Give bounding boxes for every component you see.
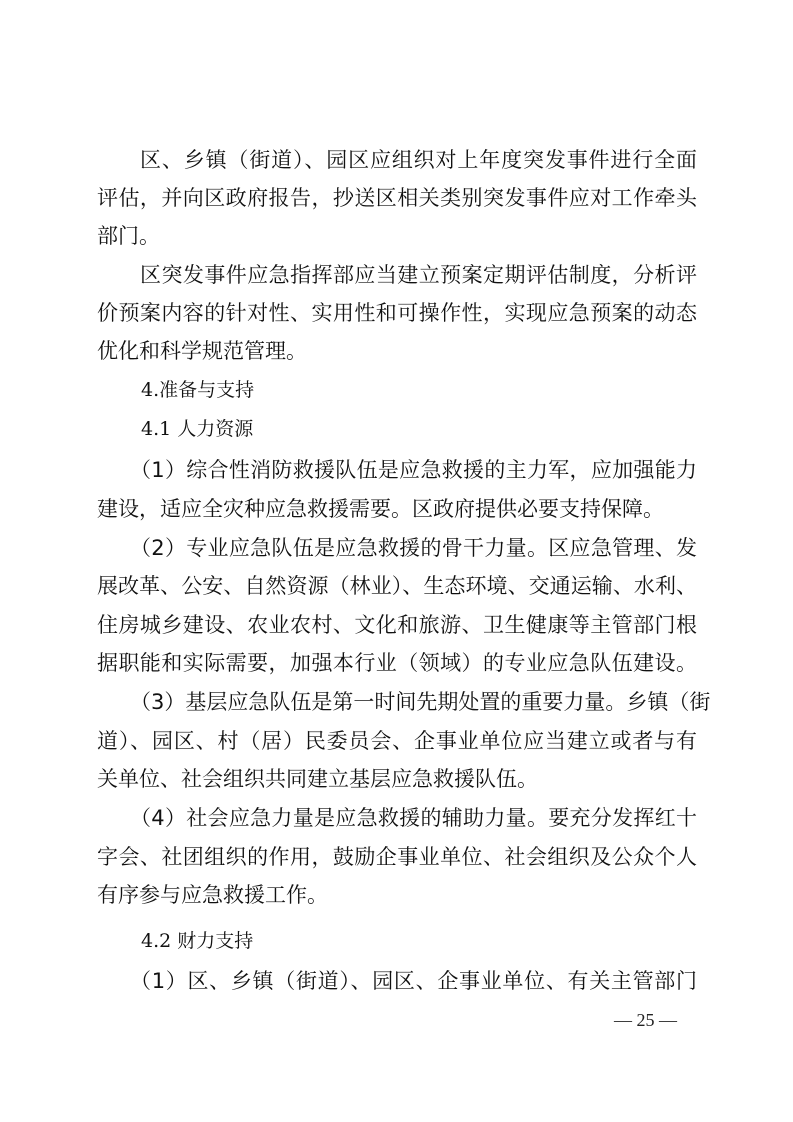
list-item-line: （3）基层应急队伍是第一时间先期处置的重要力量。乡镇（街: [130, 683, 697, 721]
list-item-line: 展改革、公安、自然资源（林业）、生态环境、交通运输、水利、: [97, 567, 697, 605]
list-item-line: 字会、社团组织的作用，鼓励企事业单位、社会组织及公众个人: [97, 838, 697, 876]
list-item-line: （4）社会应急力量是应急救援的辅助力量。要充分发挥红十: [130, 799, 697, 837]
list-item-line: 关单位、社会组织共同建立基层应急救援队伍。: [97, 760, 697, 798]
subsection-heading-4-1: 4.1 人力资源: [141, 410, 253, 448]
list-item-line: 有序参与应急救援工作。: [97, 876, 697, 914]
document-page: 区、乡镇（街道）、园区应组织对上年度突发事件进行全面 评估，并向区政府报告，抄送…: [0, 0, 793, 1122]
page-number: — 25 —: [614, 1010, 677, 1031]
list-item-line: （1）区、乡镇（街道）、园区、企事业单位、有关主管部门: [130, 962, 697, 1000]
list-item-line: 据职能和实际需要，加强本行业（领域）的专业应急队伍建设。: [97, 644, 697, 682]
paragraph-line: 区、乡镇（街道）、园区应组织对上年度突发事件进行全面: [140, 141, 697, 179]
paragraph-line: 优化和科学规范管理。: [97, 332, 697, 370]
list-item-line: 建设，适应全灾种应急救援需要。区政府提供必要支持保障。: [97, 490, 697, 528]
list-item-line: 住房城乡建设、农业农村、文化和旅游、卫生健康等主管部门根: [97, 606, 697, 644]
list-item-line: （2）专业应急队伍是应急救援的骨干力量。区应急管理、发: [130, 529, 697, 567]
section-heading: 4.准备与支持: [141, 371, 254, 409]
list-item-line: （1）综合性消防救援队伍是应急救援的主力军，应加强能力: [130, 451, 697, 489]
paragraph-line: 评估，并向区政府报告，抄送区相关类别突发事件应对工作牵头: [97, 179, 697, 217]
paragraph-line: 价预案内容的针对性、实用性和可操作性，实现应急预案的动态: [97, 294, 697, 332]
paragraph-line: 区突发事件应急指挥部应当建立预案定期评估制度，分析评: [140, 256, 697, 294]
paragraph-line: 部门。: [97, 217, 697, 255]
subsection-heading-4-2: 4.2 财力支持: [141, 922, 253, 960]
list-item-line: 道）、园区、村（居）民委员会、企事业单位应当建立或者与有: [97, 722, 697, 760]
